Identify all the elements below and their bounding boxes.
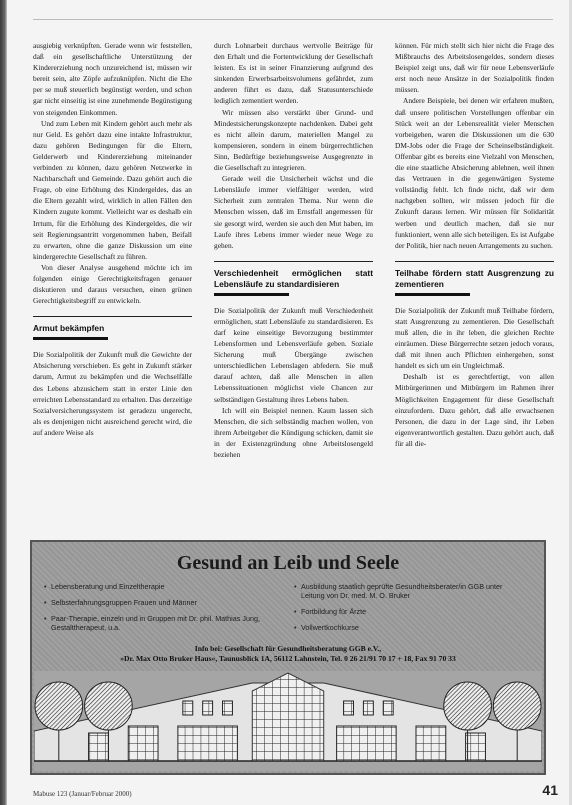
ad-contact-info: Info bei: Gesellschaft für Gesundheitsbe… (32, 644, 544, 664)
section-heading-text: Armut bekämpfen (33, 323, 104, 333)
heading-underline (395, 293, 470, 296)
paragraph: Und zum Leben mit Kindern gehört auch me… (33, 118, 192, 262)
heading-underline (33, 337, 108, 340)
section-heading-teilhabe: Teilhabe fördern statt Ausgrenzung zu ze… (395, 261, 554, 296)
paragraph: Andere Beispiele, bei denen wir erfahren… (395, 95, 554, 250)
ad-list-item: Fortbildung für Ärzte (294, 607, 524, 616)
section-heading-text: Teilhabe fördern statt Ausgrenzung zu ze… (395, 268, 554, 289)
ad-services-right: Ausbildung staatlich geprüfte Gesundheit… (294, 582, 524, 639)
ad-list-item: Selbsterfahrungsgruppen Frauen und Männe… (44, 598, 274, 607)
ad-list-item: Paar-Therapie, einzeln und in Gruppen mi… (44, 614, 274, 632)
building-illustration (34, 671, 542, 771)
paragraph: Deshalb ist es gerechtfertigt, von allen… (395, 371, 554, 449)
paragraph: Ich will ein Beispiel nennen. Kaum lasse… (214, 405, 373, 460)
paragraph: Wir müssen also verstärkt über Grund- un… (214, 107, 373, 174)
paragraph: Gerade weil die Unsicherheit wächst und … (214, 173, 373, 251)
page-number: 41 (542, 782, 558, 798)
page-binding-shadow (0, 0, 7, 805)
ad-list-item: Ausbildung staatlich geprüfte Gesundheit… (294, 582, 524, 600)
paragraph: Die Sozialpolitik der Zukunft muß Teilha… (395, 305, 554, 372)
ad-title: Gesund an Leib und Seele (32, 552, 544, 575)
top-rule (33, 19, 553, 20)
paragraph: können. Für mich stellt sich hier nicht … (395, 40, 554, 95)
section-heading-text: Verschiedenheit ermöglichen statt Lebens… (214, 268, 373, 289)
issue-footer: Mabuse 123 (Januar/Februar 2000) (33, 790, 132, 798)
ad-list-item: Vollwertkochkurse (294, 623, 524, 632)
paragraph: ausgiebig verknüpften. Gerade wenn wir f… (33, 40, 192, 118)
ad-info-line: Info bei: Gesellschaft für Gesundheitsbe… (32, 644, 544, 654)
ad-info-line: »Dr. Max Otto Bruker Haus«, Taunusblick … (32, 654, 544, 664)
section-heading-armut: Armut bekämpfen (33, 316, 192, 340)
ad-services-left: Lebensberatung und Einzeltherapie Selbst… (44, 582, 274, 639)
advertisement-box: Gesund an Leib und Seele Lebensberatung … (30, 540, 546, 775)
paragraph: Von dieser Analyse ausgehend möchte ich … (33, 262, 192, 306)
paragraph: Die Sozialpolitik der Zukunft muß Versch… (214, 305, 373, 405)
paragraph: Die Sozialpolitik der Zukunft muß die Ge… (33, 349, 192, 438)
text-column-2: durch Lohnarbeit durchaus wertvolle Beit… (214, 40, 373, 460)
paragraph: durch Lohnarbeit durchaus wertvolle Beit… (214, 40, 373, 107)
text-column-3: können. Für mich stellt sich hier nicht … (395, 40, 554, 449)
building-drawing-icon (34, 671, 542, 771)
ad-list-item: Lebensberatung und Einzeltherapie (44, 582, 274, 591)
text-column-1: ausgiebig verknüpften. Gerade wenn wir f… (33, 40, 192, 438)
heading-underline (214, 293, 289, 296)
section-heading-verschiedenheit: Verschiedenheit ermöglichen statt Lebens… (214, 261, 373, 296)
